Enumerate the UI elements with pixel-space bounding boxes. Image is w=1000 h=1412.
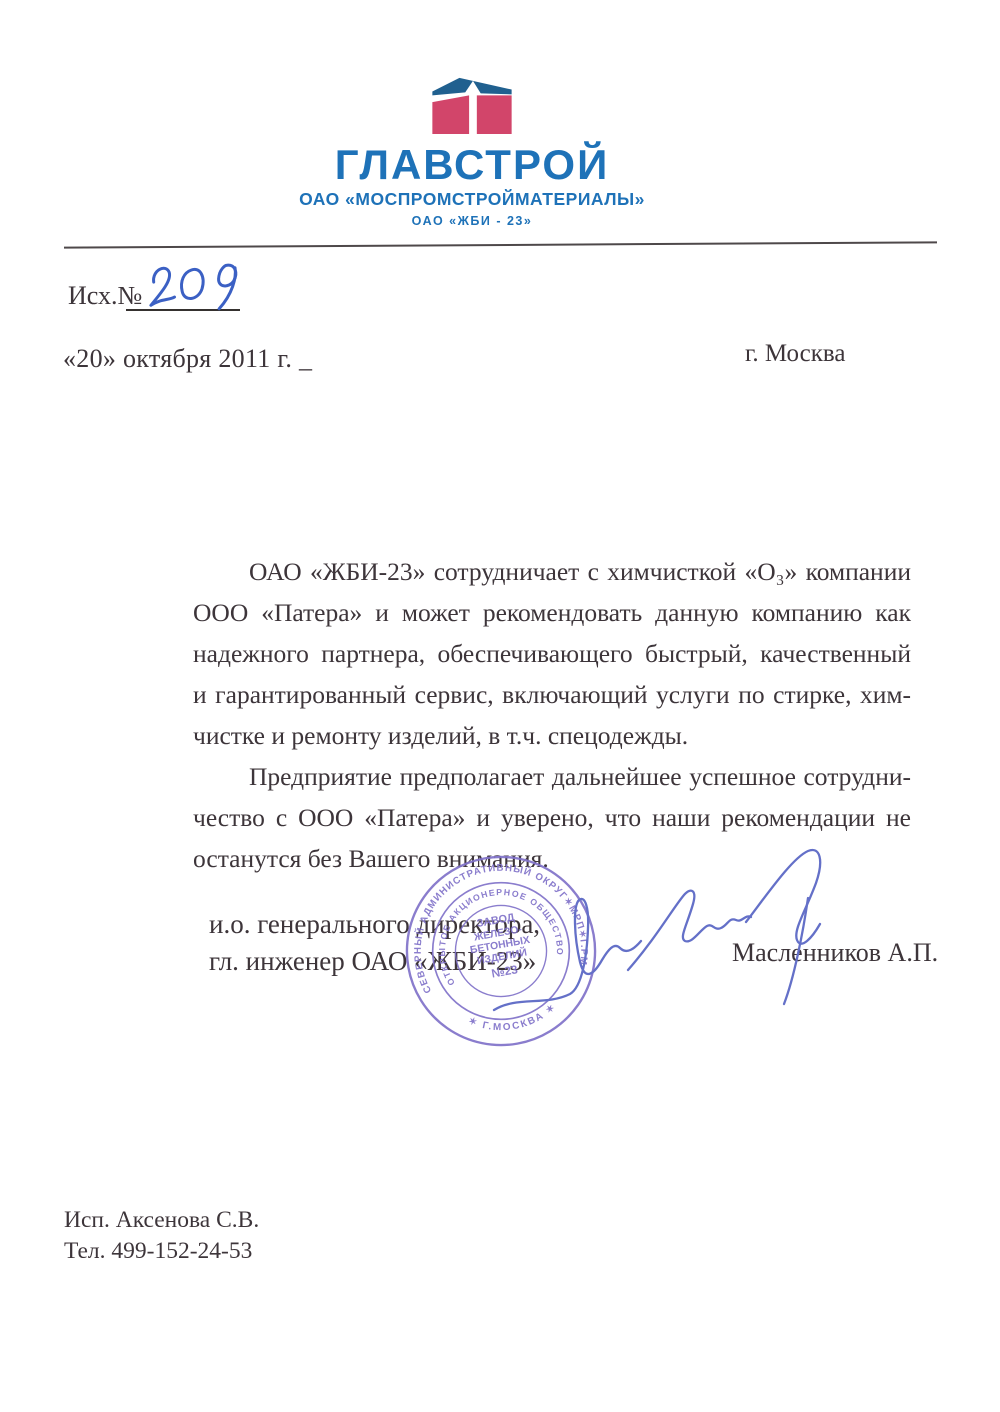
body-line: ООО «Патера» и может рекомендовать данну… (193, 592, 911, 633)
handwritten-ref-number (139, 255, 250, 319)
letterhead: ГЛАВСТРОЙ ОАО «МОСПРОМСТРОЙМАТЕРИАЛЫ» ОА… (0, 76, 944, 229)
body-line: чество с ООО «Патера» и уверено, что наш… (193, 797, 911, 838)
executor-phone: Тел. 499-152-24-53 (64, 1236, 259, 1267)
executor-block: Исп. Аксенова С.В. Тел. 499-152-24-53 (64, 1205, 259, 1267)
letter-date: «20» октября 2011 г. _ (63, 344, 312, 374)
scanned-letter-page: ГЛАВСТРОЙ ОАО «МОСПРОМСТРОЙМАТЕРИАЛЫ» ОА… (0, 0, 1000, 1412)
body-line: ОАО «ЖБИ-23» сотрудничает с химчисткой «… (193, 551, 911, 592)
brand-wordmark: ГЛАВСТРОЙ (0, 143, 944, 187)
body-line: Предприятие предполагает дальнейшее успе… (193, 756, 911, 797)
body-line: надежного партнера, обеспечивающего быст… (193, 633, 911, 674)
body-line: чистке и ремонту изделий, в т.ч. спецоде… (193, 715, 911, 756)
handwritten-signature (488, 838, 840, 1050)
parent-company-name: ОАО «МОСПРОМСТРОЙМАТЕРИАЛЫ» (0, 189, 944, 210)
subsidiary-name: ОАО «ЖБИ - 23» (0, 213, 944, 229)
letterhead-rule (64, 241, 937, 248)
executor-name: Исп. Аксенова С.В. (64, 1205, 259, 1236)
letter-body: ОАО «ЖБИ-23» сотрудничает с химчисткой «… (193, 551, 911, 879)
letter-city: г. Москва (745, 340, 845, 368)
glavstroy-house-arrow-icon (429, 76, 515, 134)
outgoing-ref-label: Исх.№ (68, 281, 142, 311)
body-line: и гарантированный сервис, включающий усл… (193, 674, 911, 715)
